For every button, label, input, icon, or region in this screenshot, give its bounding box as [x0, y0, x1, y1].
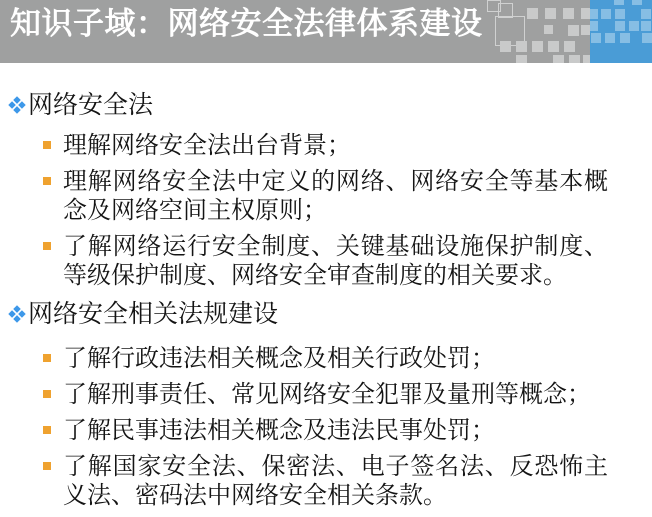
bullet-item: 理解网络安全法出台背景； [43, 131, 652, 160]
deco-square [601, 9, 611, 19]
deco-square [568, 25, 579, 36]
section-heading-text: 网络安全法 [28, 88, 153, 122]
square-bullet-icon [43, 141, 51, 149]
diamond-cluster-icon [8, 96, 26, 114]
slide: 知识子域：网络安全法律体系建设 [0, 0, 652, 517]
deco-square [500, 41, 511, 52]
deco-square [642, 33, 652, 43]
section-heading: 网络安全相关法规建设 [8, 297, 652, 331]
deco-square [615, 9, 625, 19]
deco-square [605, 33, 615, 43]
bullet-item-text: 了解刑事责任、常见网络安全犯罪及量刑等概念； [63, 380, 608, 409]
deco-square [532, 41, 543, 52]
deco-square [614, 0, 624, 5]
deco-square [563, 8, 574, 19]
deco-square [545, 8, 556, 19]
square-bullet-icon [43, 390, 51, 398]
section-heading: 网络安全法 [8, 88, 652, 122]
square-bullet-icon [43, 354, 51, 362]
square-bullet-icon [43, 462, 51, 470]
bullet-item-text: 了解网络运行安全制度、关键基础设施保护制度、等级保护制度、网络安全审查制度的相关… [63, 232, 608, 290]
deco-square [590, 21, 598, 31]
section-heading-text: 网络安全相关法规建设 [28, 297, 278, 331]
deco-square [564, 41, 575, 52]
deco-square [620, 33, 630, 43]
deco-square [544, 25, 553, 34]
bullet-item-text: 了解民事违法相关概念及违法民事处罚； [63, 416, 608, 445]
bullet-item-text: 理解网络安全法出台背景； [63, 131, 608, 160]
deco-square [591, 33, 601, 43]
bullet-item-text: 了解国家安全法、保密法、电子签名法、反恐怖主义法、密码法中网络安全相关条款。 [63, 452, 608, 510]
deco-square [615, 21, 625, 31]
deco-square [632, 0, 642, 5]
deco-square [569, 55, 580, 63]
diamond-cluster-icon [8, 305, 26, 323]
deco-square [641, 9, 651, 19]
deco-square [590, 9, 598, 19]
bullet-item: 了解网络运行安全制度、关键基础设施保护制度、等级保护制度、网络安全审查制度的相关… [43, 232, 652, 290]
deco-square [629, 21, 639, 31]
slide-title: 知识子域：网络安全法律体系建设 [10, 5, 483, 43]
deco-square [516, 41, 527, 52]
deco-square [516, 55, 527, 63]
deco-square [527, 8, 538, 19]
bullet-item: 了解行政违法相关概念及相关行政处罚； [43, 344, 652, 373]
bullet-item: 了解国家安全法、保密法、电子签名法、反恐怖主义法、密码法中网络安全相关条款。 [43, 452, 652, 510]
slide-header: 知识子域：网络安全法律体系建设 [0, 0, 652, 63]
square-bullet-icon [43, 426, 51, 434]
bullet-item: 理解网络安全法中定义的网络、网络安全等基本概念及网络空间主权原则； [43, 167, 652, 225]
bullet-item: 了解民事违法相关概念及违法民事处罚； [43, 416, 652, 445]
deco-square [641, 21, 651, 31]
bullet-item-text: 理解网络安全法中定义的网络、网络安全等基本概念及网络空间主权原则； [63, 167, 608, 225]
bullet-item: 了解刑事责任、常见网络安全犯罪及量刑等概念； [43, 380, 652, 409]
deco-square [548, 41, 559, 52]
deco-square [553, 55, 564, 63]
square-bullet-icon [43, 177, 51, 185]
slide-body: 网络安全法 理解网络安全法出台背景； 理解网络安全法中定义的网络、网络安全等基本… [0, 63, 652, 510]
bullet-item-text: 了解行政违法相关概念及相关行政处罚； [63, 344, 608, 373]
square-bullet-icon [43, 242, 51, 250]
